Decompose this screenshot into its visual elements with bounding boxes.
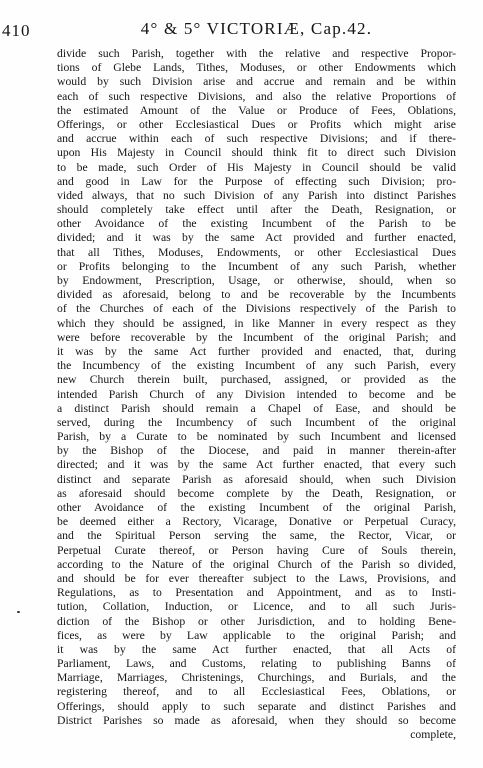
text-line: by the Bishop of the Diocese, and paid i… (57, 444, 456, 458)
text-line: which they should be assigned, in like M… (57, 317, 456, 331)
text-line: each of such respective Divisions, and a… (57, 90, 456, 104)
text-line: intended Parish Church of any Division i… (57, 388, 456, 402)
running-header: 4° & 5° VICTORIÆ, Cap.42. (57, 19, 456, 39)
text-line: were before recoverable by the Incumbent… (57, 331, 456, 345)
text-line: registering thereof, and to all Ecclesia… (57, 685, 456, 699)
text-line: distinct and separate Parish as aforesai… (57, 473, 456, 487)
text-line: of the Churches of each of the Divisions… (57, 302, 456, 316)
text-line: Marriage, Marriages, Christenings, Churc… (57, 671, 456, 685)
text-line: Regulations, as to Presentation and Appo… (57, 586, 456, 600)
text-line: a distinct Parish should remain a Chapel… (57, 402, 456, 416)
text-line: divided; and it was by the same Act prov… (57, 231, 456, 245)
text-line: directed; and it was by the same Act fur… (57, 458, 456, 472)
text-line: or Profits belonging to the Incumbent of… (57, 260, 456, 274)
text-line: and the Spiritual Person serving the sam… (57, 529, 456, 543)
text-line: the estimated Amount of the Value or Pro… (57, 104, 456, 118)
scanned-document-page: 410 4° & 5° VICTORIÆ, Cap.42. divide suc… (0, 0, 483, 768)
text-line: fices, as were by Law applicable to the … (57, 629, 456, 643)
text-line: it was by the same Act further enacted, … (57, 643, 456, 657)
text-line: the Incumbency of the existing Incumbent… (57, 359, 456, 373)
text-line: Parish, by a Curate to be nominated by s… (57, 430, 456, 444)
text-line: to be made, such Order of His Majesty in… (57, 161, 456, 175)
text-line: vided always, that no such Division of a… (57, 189, 456, 203)
text-line: Perpetual Curate thereof, or Person havi… (57, 544, 456, 558)
text-line: by Endowment, Prescription, Usage, or ot… (57, 274, 456, 288)
text-line: would by such Division arise and accrue … (57, 75, 456, 89)
catchword: complete, (57, 728, 456, 742)
page-number: 410 (2, 21, 31, 41)
text-line: District Parishes so made as aforesaid, … (57, 714, 456, 728)
text-line: divide such Parish, together with the re… (57, 47, 456, 61)
text-line: upon His Majesty in Council should think… (57, 146, 456, 160)
text-line: and accrue within each of such respectiv… (57, 132, 456, 146)
text-line: divided as aforesaid, belong to and be r… (57, 288, 456, 302)
text-line: and should be for ever thereafter subjec… (57, 572, 456, 586)
text-line: it was by the same Act further provided … (57, 345, 456, 359)
text-line: Offerings, or other Ecclesiastical Dues … (57, 118, 456, 132)
text-line: should completely take effect until afte… (57, 203, 456, 217)
text-line: other Avoidance of the existing Incumben… (57, 501, 456, 515)
text-line: other Avoidance of the existing Incumben… (57, 217, 456, 231)
text-line: tions of Glebe Lands, Tithes, Moduses, o… (57, 61, 456, 75)
text-line: new Church therein built, purchased, ass… (57, 373, 456, 387)
text-line: Parliament, Laws, and Customs, relating … (57, 657, 456, 671)
text-line: diction of the Bishop or other Jurisdict… (57, 615, 456, 629)
text-line: tution, Collation, Induction, or Licence… (57, 600, 456, 614)
text-line: according to the Nature of the original … (57, 558, 456, 572)
text-line: as aforesaid should become complete by t… (57, 487, 456, 501)
text-line: and good in Law for the Purpose of effec… (57, 175, 456, 189)
scan-artifact-speck (17, 611, 20, 613)
text-line: Offerings, should apply to such separate… (57, 700, 456, 714)
text-line: that all Tithes, Moduses, Endowments, or… (57, 246, 456, 260)
text-line: be deemed either a Rectory, Vicarage, Do… (57, 515, 456, 529)
text-line: served, during the Incumbency of such In… (57, 416, 456, 430)
body-text-block: divide such Parish, together with the re… (57, 47, 456, 742)
